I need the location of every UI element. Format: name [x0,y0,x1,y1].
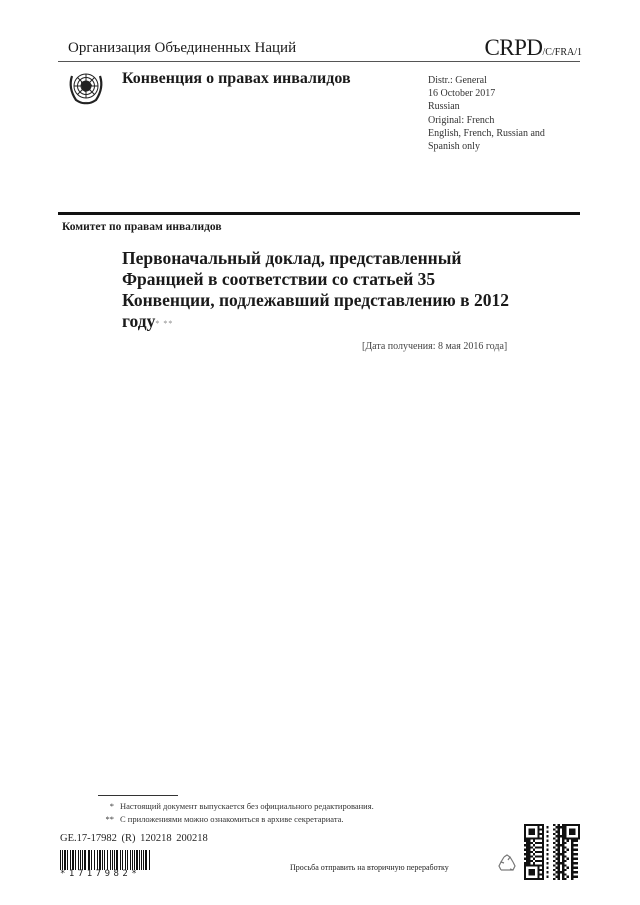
qr-code-icon [524,824,580,880]
footnote-marks: * ** [155,319,173,328]
report-title-text: Первоначальный доклад, представленный Фр… [122,248,509,331]
footnote-text: С приложениями можно ознакомиться в архи… [120,814,344,824]
distr-line: Russian [428,100,545,113]
symbol-suffix: /C/FRA/1 [543,47,582,58]
section-rule [58,212,580,215]
committee-name: Комитет по правам инвалидов [62,221,222,233]
footnote: *Настоящий документ выпускается без офиц… [102,800,374,813]
document-symbol: CRPD/C/FRA/1 [484,35,582,61]
barcode-text: *1717982* [60,869,140,879]
recycle-icon [496,853,518,875]
footnote-rule [98,795,178,796]
convention-title: Конвенция о правах инвалидов [122,69,362,89]
distr-line: Original: French [428,114,545,127]
organization-name: Организация Объединенных Наций [68,40,296,57]
barcode-icon [60,850,152,870]
distr-line: English, French, Russian and [428,127,545,140]
symbol-main: CRPD [484,35,542,60]
footnote-text: Настоящий документ выпускается без офици… [120,801,374,811]
footnote-mark: * [102,800,114,813]
recycle-text: Просьба отправить на вторичную переработ… [290,863,449,872]
distr-line: Distr.: General [428,74,545,87]
report-title: Первоначальный доклад, представленный Фр… [122,248,522,334]
document-number: GE.17-17982 (R) 120218 200218 [60,833,208,844]
distr-line: 16 October 2017 [428,87,545,100]
date-received: [Дата получения: 8 мая 2016 года] [362,341,507,352]
footnote-mark: ** [102,813,114,826]
footnote: **С приложениями можно ознакомиться в ар… [102,813,374,826]
header-rule [58,61,580,62]
footnotes: *Настоящий документ выпускается без офиц… [102,800,374,826]
distr-line: Spanish only [428,140,545,153]
un-emblem-icon [66,68,106,106]
distribution-block: Distr.: General 16 October 2017 Russian … [428,74,545,153]
